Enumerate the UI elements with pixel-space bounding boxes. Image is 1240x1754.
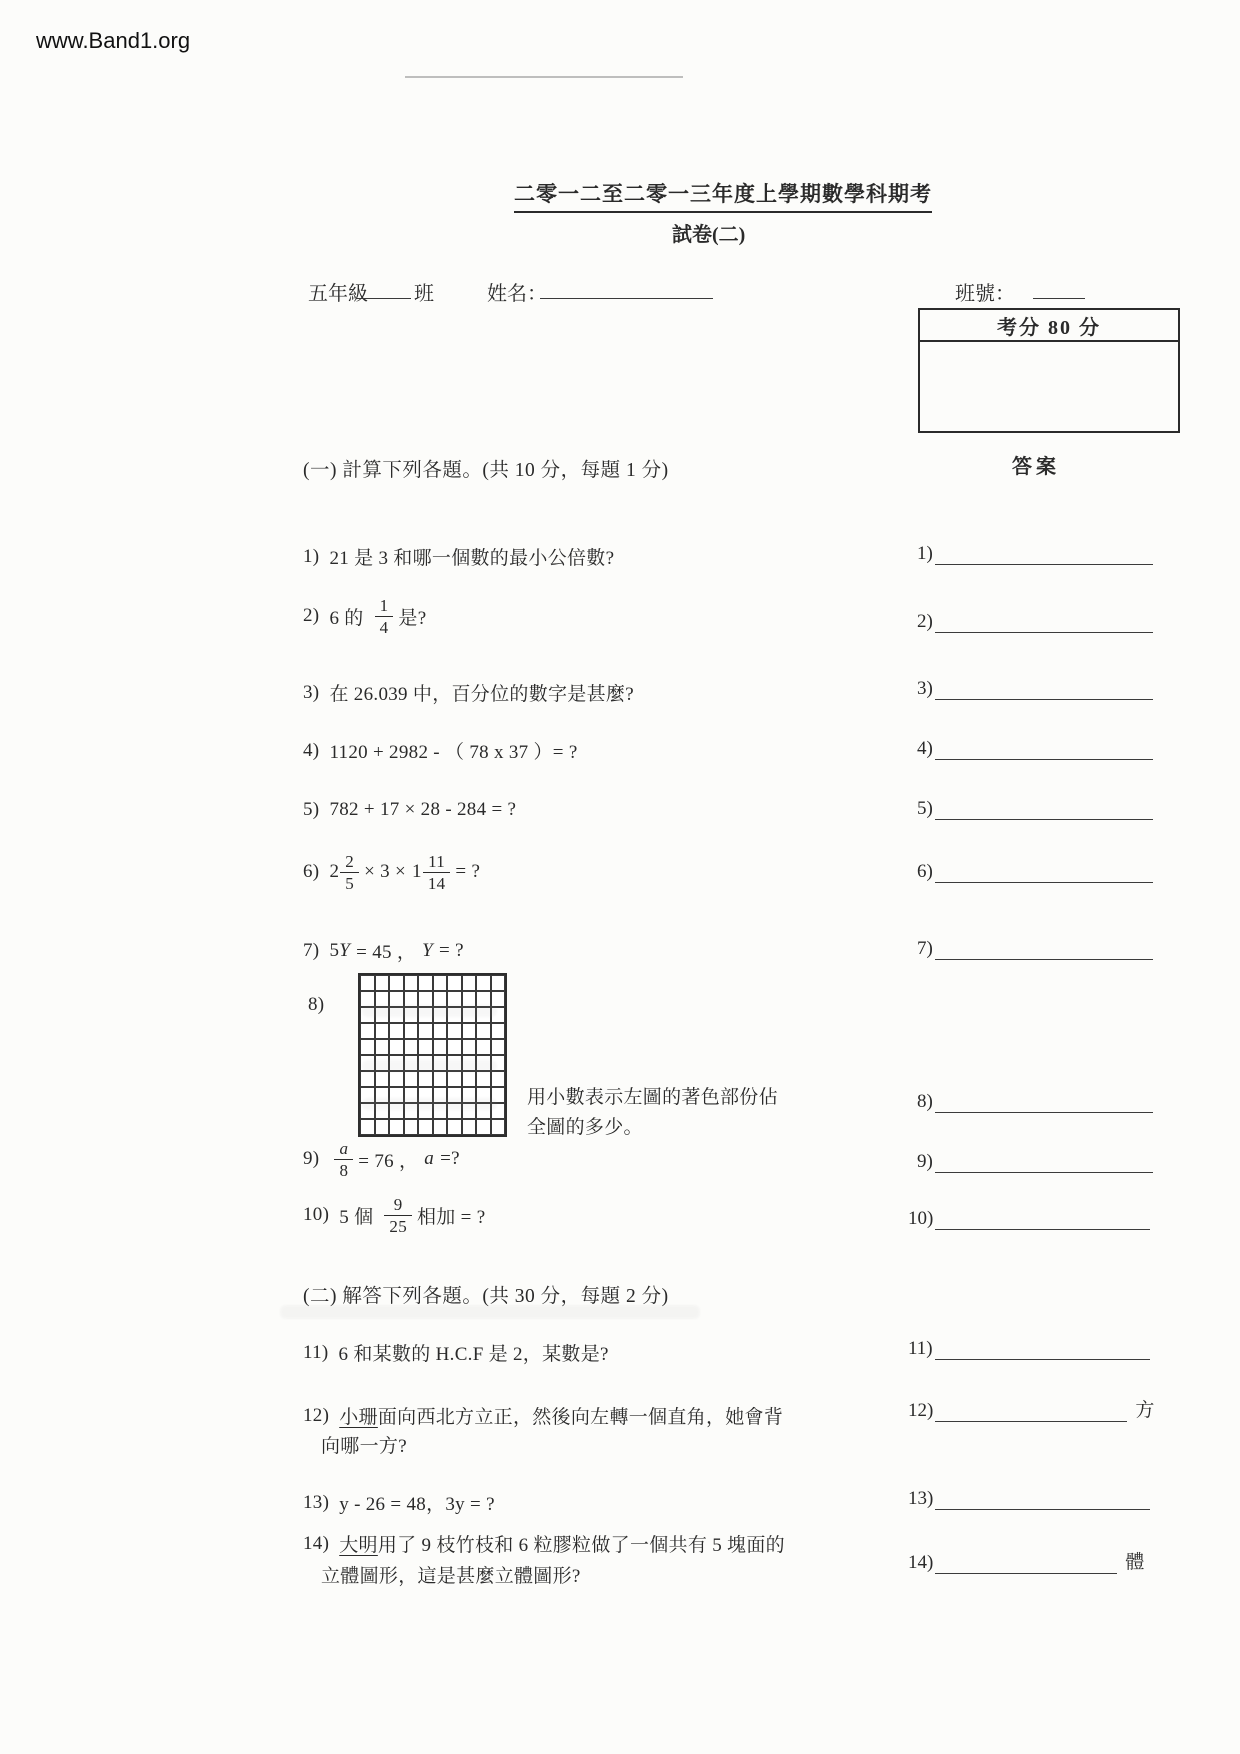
grid-cell bbox=[418, 1071, 433, 1087]
question-8-caption-line1: 用小數表示左圖的著色部份佔 bbox=[527, 1082, 778, 1109]
fraction-2-5: 2 5 bbox=[340, 852, 359, 892]
grid-cell bbox=[404, 1039, 419, 1055]
grid-cell bbox=[433, 1023, 448, 1039]
answer-number: 6) bbox=[917, 861, 933, 883]
fraction-9-25: 9 25 bbox=[384, 1195, 412, 1235]
question-1-number: 1) bbox=[303, 546, 319, 568]
answer-row-13: 13) bbox=[908, 1487, 1150, 1510]
grid-cell bbox=[462, 1023, 477, 1039]
fraction-denominator: 8 bbox=[334, 1160, 353, 1179]
fraction-denominator: 4 bbox=[375, 617, 394, 636]
grid-cell bbox=[360, 1023, 375, 1039]
answer-blank bbox=[935, 1150, 1153, 1173]
answer-number: 2) bbox=[917, 611, 933, 633]
question-8-caption-line2: 全圖的多少。 bbox=[527, 1112, 643, 1139]
answer-number: 12) bbox=[908, 1400, 933, 1422]
question-10-post: 相加 = ? bbox=[417, 1202, 485, 1229]
grid-cell bbox=[491, 1039, 506, 1055]
section-2-header: (二) 解答下列各題。(共 30 分，每題 2 分) bbox=[303, 1280, 669, 1308]
answer-blank bbox=[935, 542, 1153, 565]
answer-number: 1) bbox=[917, 543, 933, 565]
question-9: 9) a 8 = 76 ， a =? bbox=[303, 1139, 466, 1179]
question-6-number: 6) bbox=[303, 861, 319, 883]
question-6-middle: × 3 × bbox=[364, 861, 406, 883]
question-14-person-name: 大明 bbox=[339, 1530, 378, 1557]
grid-cell bbox=[476, 975, 491, 991]
answer-row-11: 11) bbox=[908, 1337, 1150, 1360]
question-12-text-line1: 面向西北方立正，然後向左轉一個直角，她會背 bbox=[378, 1402, 783, 1429]
answer-row-14: 14)體 bbox=[908, 1547, 1144, 1574]
score-box-title: 考分 80 分 bbox=[920, 310, 1178, 342]
answer-row-4: 4) bbox=[917, 737, 1153, 760]
answer-number: 7) bbox=[917, 938, 933, 960]
fraction-denominator: 25 bbox=[384, 1216, 412, 1235]
grid-cell bbox=[433, 1071, 448, 1087]
question-4-number: 4) bbox=[303, 740, 319, 762]
answer-blank bbox=[935, 1090, 1153, 1113]
grid-cell bbox=[491, 975, 506, 991]
fraction-numerator: 1 bbox=[375, 596, 394, 617]
grid-cell bbox=[375, 1119, 390, 1135]
grid-cell bbox=[375, 975, 390, 991]
grid-cell bbox=[462, 1039, 477, 1055]
answer-row-5: 5) bbox=[917, 797, 1153, 820]
grid-cell bbox=[375, 1023, 390, 1039]
question-12-text-line2: 向哪一方? bbox=[321, 1431, 407, 1458]
question-11: 11) 6 和某數的 H.C.F 是 2，某數是? bbox=[303, 1339, 615, 1366]
question-12-line1: 12) 小珊 面向西北方立正，然後向左轉一個直角，她會背 bbox=[303, 1402, 783, 1429]
question-7-variable: Y bbox=[339, 940, 350, 962]
question-12-person-name: 小珊 bbox=[339, 1402, 378, 1429]
answer-row-12: 12)方 bbox=[908, 1395, 1154, 1422]
answer-blank bbox=[935, 1207, 1150, 1230]
answer-blank bbox=[935, 1551, 1117, 1574]
grid-cell bbox=[476, 1119, 491, 1135]
question-3-number: 3) bbox=[303, 682, 319, 704]
question-14-text-line2: 立體圖形，這是甚麼立體圖形? bbox=[321, 1561, 581, 1588]
grid-cell bbox=[462, 975, 477, 991]
question-10-pre: 5 個 bbox=[339, 1202, 373, 1229]
grid-cell bbox=[476, 1023, 491, 1039]
grid-cell bbox=[462, 1119, 477, 1135]
answer-row-7: 7) bbox=[917, 937, 1153, 960]
scanned-exam-page: { "page": { "site": "www.Band1.org" }, "… bbox=[0, 0, 1240, 1754]
grid-cell bbox=[418, 1039, 433, 1055]
answer-blank bbox=[935, 1337, 1150, 1360]
question-7: 7) 5 Y = 45 ， Y = ? bbox=[303, 937, 470, 964]
grid-cell bbox=[491, 1023, 506, 1039]
fraction-1-4: 1 4 bbox=[375, 596, 394, 636]
question-13-number: 13) bbox=[303, 1492, 329, 1514]
answer-blank bbox=[935, 737, 1153, 760]
question-6-whole-2: 1 bbox=[412, 861, 422, 883]
grid-cell bbox=[447, 1119, 462, 1135]
answer-blank bbox=[935, 1399, 1127, 1422]
grid-cell bbox=[389, 1071, 404, 1087]
name-label: 姓名： bbox=[487, 277, 547, 306]
question-2-pre: 6 的 bbox=[329, 603, 363, 630]
grid-cell bbox=[389, 1023, 404, 1039]
answer-blank bbox=[935, 797, 1153, 820]
question-7-pre: 5 bbox=[329, 940, 339, 962]
grid-cell bbox=[433, 1119, 448, 1135]
grid-cell bbox=[462, 1071, 477, 1087]
question-5-number: 5) bbox=[303, 799, 319, 821]
grid-cell bbox=[447, 975, 462, 991]
answer-blank bbox=[935, 860, 1153, 883]
question-9-variable: a bbox=[424, 1148, 434, 1170]
grid-cell bbox=[404, 975, 419, 991]
scan-smudge bbox=[362, 1098, 497, 1110]
fraction-11-14: 11 14 bbox=[423, 852, 451, 892]
question-6-whole-1: 2 bbox=[329, 861, 339, 883]
question-6-post: = ? bbox=[455, 861, 480, 883]
question-6: 6) 2 2 5 × 3 × 1 11 14 = ? bbox=[303, 852, 486, 892]
fraction-numerator: 11 bbox=[423, 852, 451, 873]
question-9-number: 9) bbox=[303, 1148, 319, 1170]
grid-cell bbox=[360, 975, 375, 991]
grid-cell bbox=[389, 975, 404, 991]
grid-cell bbox=[375, 1071, 390, 1087]
grid-cell bbox=[360, 1119, 375, 1135]
question-2: 2) 6 的 1 4 是? bbox=[303, 596, 432, 636]
fraction-numerator: 9 bbox=[384, 1195, 412, 1216]
grid-cell bbox=[447, 1071, 462, 1087]
answer-row-1: 1) bbox=[917, 542, 1153, 565]
question-2-number: 2) bbox=[303, 605, 319, 627]
grid-cell bbox=[418, 975, 433, 991]
class-number-blank bbox=[1033, 278, 1085, 299]
question-7-middle: = 45 ， bbox=[356, 937, 416, 964]
question-3: 3) 在 26.039 中，百分位的數字是甚麼? bbox=[303, 679, 640, 706]
question-12-number: 12) bbox=[303, 1405, 329, 1427]
site-watermark: www.Band1.org bbox=[36, 28, 190, 54]
question-1-text: 21 是 3 和哪一個數的最小公倍數? bbox=[329, 543, 614, 570]
question-2-post: 是? bbox=[398, 603, 426, 630]
answer-number: 14) bbox=[908, 1552, 933, 1574]
question-4-text: 1120 + 2982 - （ 78 x 37 ）= ? bbox=[329, 737, 577, 764]
grid-cell bbox=[360, 1071, 375, 1087]
score-box: 考分 80 分 bbox=[918, 308, 1180, 433]
answer-number: 10) bbox=[908, 1208, 933, 1230]
answers-column-header: 答案 bbox=[1012, 450, 1060, 479]
answer-row-6: 6) bbox=[917, 860, 1153, 883]
answer-suffix: 體 bbox=[1125, 1547, 1144, 1574]
grid-cell bbox=[447, 1039, 462, 1055]
grid-cell bbox=[418, 1119, 433, 1135]
answer-row-10: 10) bbox=[908, 1207, 1150, 1230]
scan-artifact-line bbox=[405, 76, 683, 78]
answer-row-2: 2) bbox=[917, 610, 1153, 633]
grid-cell bbox=[404, 1119, 419, 1135]
question-7-number: 7) bbox=[303, 940, 319, 962]
grid-cell bbox=[476, 1071, 491, 1087]
grid-cell bbox=[433, 975, 448, 991]
answer-number: 4) bbox=[917, 738, 933, 760]
name-blank bbox=[540, 278, 713, 299]
question-14-number: 14) bbox=[303, 1533, 329, 1555]
class-suffix-label: 班 bbox=[414, 277, 434, 306]
grid-cell bbox=[375, 1039, 390, 1055]
answer-row-3: 3) bbox=[917, 677, 1153, 700]
question-14-text-line1: 用了 9 枝竹枝和 6 粒膠粒做了一個共有 5 塊面的 bbox=[378, 1530, 785, 1557]
exam-subtitle: 試卷(二) bbox=[672, 218, 745, 247]
answer-blank bbox=[935, 610, 1153, 633]
answer-number: 3) bbox=[917, 678, 933, 700]
scan-smudge bbox=[280, 1305, 700, 1319]
grid-cell bbox=[418, 1023, 433, 1039]
exam-title: 二零一二至二零一三年度上學期數學科期考 bbox=[514, 178, 932, 213]
grid-cell bbox=[404, 1023, 419, 1039]
class-number-label: 班號： bbox=[955, 277, 1015, 306]
answer-number: 5) bbox=[917, 798, 933, 820]
question-7-post: = ? bbox=[439, 940, 464, 962]
question-1: 1) 21 是 3 和哪一個數的最小公倍數? bbox=[303, 543, 620, 570]
fraction-numerator: 2 bbox=[340, 852, 359, 873]
question-4: 4) 1120 + 2982 - （ 78 x 37 ）= ? bbox=[303, 737, 584, 764]
question-11-text: 6 和某數的 H.C.F 是 2，某數是? bbox=[339, 1339, 609, 1366]
grid-cell bbox=[476, 1039, 491, 1055]
grid-cell bbox=[389, 1039, 404, 1055]
decimal-grid bbox=[358, 973, 507, 1137]
question-9-post: =? bbox=[440, 1148, 460, 1170]
question-14-line1: 14) 大明 用了 9 枝竹枝和 6 粒膠粒做了一個共有 5 塊面的 bbox=[303, 1530, 785, 1557]
question-3-text: 在 26.039 中，百分位的數字是甚麼? bbox=[329, 679, 633, 706]
grid-cell bbox=[404, 1071, 419, 1087]
answer-number: 11) bbox=[908, 1338, 933, 1360]
question-7-variable-2: Y bbox=[422, 940, 433, 962]
grade-blank bbox=[356, 278, 411, 299]
fraction-denominator: 5 bbox=[340, 873, 359, 892]
fraction-numerator: a bbox=[334, 1139, 353, 1160]
question-8-number: 8) bbox=[308, 994, 324, 1016]
answer-row-8: 8) bbox=[917, 1090, 1153, 1113]
fraction-denominator: 14 bbox=[423, 873, 451, 892]
answer-blank bbox=[935, 1487, 1150, 1510]
answer-blank bbox=[935, 937, 1153, 960]
question-9-middle: = 76 ， bbox=[358, 1146, 418, 1173]
question-10: 10) 5 個 9 25 相加 = ? bbox=[303, 1195, 491, 1235]
question-10-number: 10) bbox=[303, 1204, 329, 1226]
question-5: 5) 782 + 17 × 28 - 284 = ? bbox=[303, 799, 522, 821]
grid-cell bbox=[491, 1071, 506, 1087]
section-1-header: (一) 計算下列各題。(共 10 分，每題 1 分) bbox=[303, 454, 669, 482]
grid-cell bbox=[491, 1119, 506, 1135]
grid-cell bbox=[447, 1023, 462, 1039]
question-13-text: y - 26 = 48，3y = ? bbox=[339, 1489, 495, 1516]
question-13: 13) y - 26 = 48，3y = ? bbox=[303, 1489, 501, 1516]
grid-cell bbox=[360, 1039, 375, 1055]
grid-cell bbox=[389, 1119, 404, 1135]
answer-row-9: 9) bbox=[917, 1150, 1153, 1173]
question-11-number: 11) bbox=[303, 1342, 329, 1364]
scan-smudge bbox=[362, 1060, 497, 1072]
scan-smudge bbox=[362, 1005, 497, 1017]
answer-number: 13) bbox=[908, 1488, 933, 1510]
question-5-text: 782 + 17 × 28 - 284 = ? bbox=[329, 799, 516, 821]
answer-number: 9) bbox=[917, 1151, 933, 1173]
grid-cell bbox=[433, 1039, 448, 1055]
answer-number: 8) bbox=[917, 1091, 933, 1113]
answer-suffix: 方 bbox=[1135, 1395, 1154, 1422]
fraction-a-8: a 8 bbox=[334, 1139, 353, 1179]
answer-blank bbox=[935, 677, 1153, 700]
